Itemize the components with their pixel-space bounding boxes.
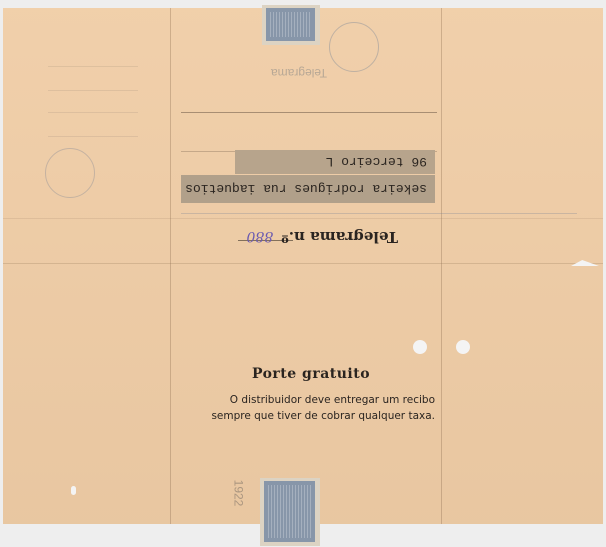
telegram-envelope: Telegrama 96 terceiro L sekeira rodrigue… <box>3 8 603 524</box>
porte-title: Porte gratuito <box>173 366 449 382</box>
address-line-1: sekeira rodrigues rua iaquetios <box>185 182 427 197</box>
address-strip-2: 96 terceiro L <box>235 150 435 174</box>
fold-line <box>170 8 171 524</box>
telegram-number: 880 <box>246 228 273 244</box>
faint-line <box>48 90 138 91</box>
form-rule <box>181 213 577 214</box>
faint-line <box>48 136 138 137</box>
handwritten-year: 1922 <box>231 480 245 507</box>
address-strip-1: sekeira rodrigues rua iaquetios <box>181 175 435 203</box>
faint-postmark <box>45 148 95 198</box>
faint-line <box>48 112 138 113</box>
postage-stamp-bottom <box>260 478 320 546</box>
fold-line <box>3 263 603 264</box>
postmark <box>329 22 379 72</box>
faint-header: Telegrama <box>271 66 327 80</box>
form-rule <box>181 112 437 113</box>
fold-line <box>441 8 442 524</box>
porte-gratuito-block: Porte gratuito O distribuidor deve entre… <box>173 366 449 424</box>
fold-line <box>3 218 603 219</box>
postage-stamp-top <box>262 5 320 45</box>
notice-line-1: O distribuidor deve entregar um recibo <box>173 392 435 408</box>
notice-line-2: sempre que tiver de cobrar qualquer taxa… <box>173 408 435 424</box>
punch-hole <box>456 340 470 354</box>
telegram-label: Telegrama n.º <box>281 228 398 246</box>
faint-line <box>48 66 138 67</box>
telegram-number-block: Telegrama n.º 880 <box>238 228 398 246</box>
paper-tear <box>71 486 76 495</box>
punch-hole <box>413 340 427 354</box>
address-line-2: 96 terceiro L <box>326 155 427 170</box>
notice-text: O distribuidor deve entregar um recibo s… <box>173 392 449 424</box>
